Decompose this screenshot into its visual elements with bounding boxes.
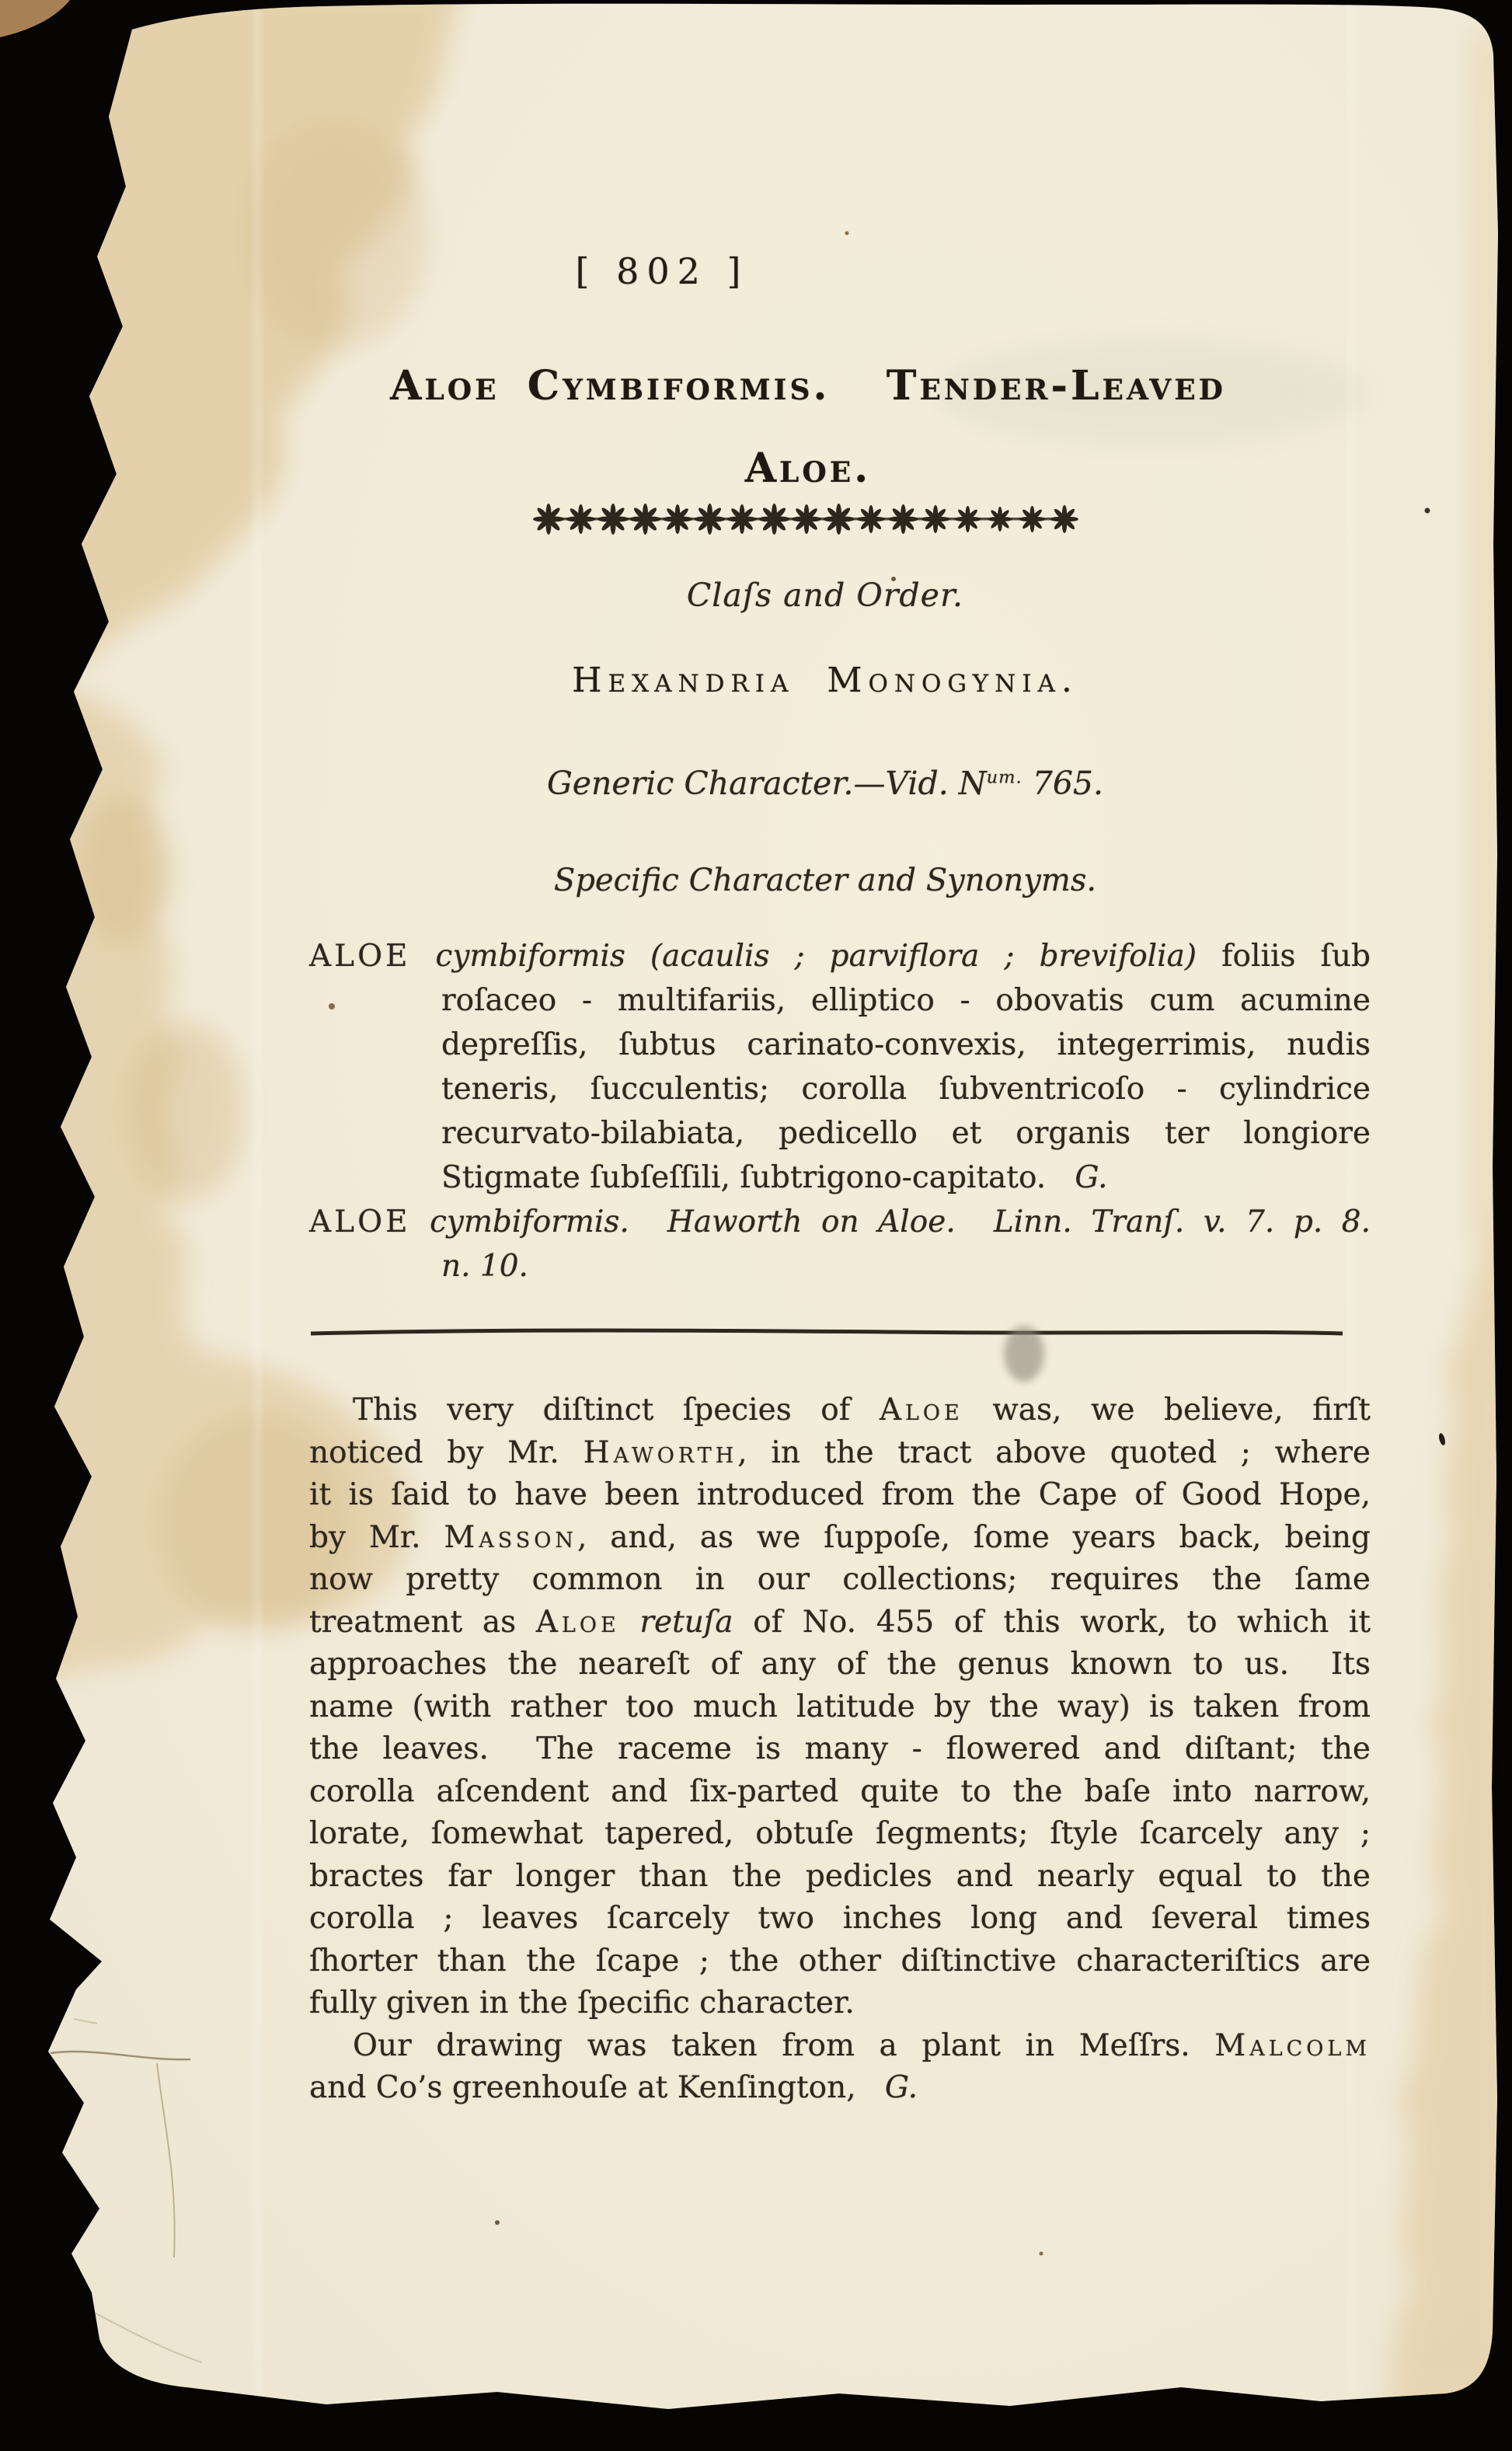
stain-right-edge <box>1468 31 1512 1243</box>
speck <box>495 2220 500 2225</box>
text-line: teneris, ſucculentis; corolla ſubventric… <box>309 1067 1371 1111</box>
speck <box>1040 2252 1043 2256</box>
text-line: Our drawing was taken from a plant in Me… <box>309 2025 1371 2068</box>
printer-flower-icon <box>955 506 981 532</box>
text-line: ſhorter than the ſcape ; the other diſti… <box>309 1940 1371 1983</box>
text-line: roſaceo - multifariis, elliptico - obova… <box>309 978 1371 1023</box>
generic-superscript: um. <box>987 767 1023 787</box>
generic-character-heading: Generic Character.—Vid. Num. 765. <box>547 765 1103 802</box>
text-line: bractes far longer than the pedicles and… <box>309 1856 1371 1898</box>
title-line-2: Aloe. <box>390 427 1226 510</box>
text-line: noticed by Mr. Haworth, in the tract abo… <box>309 1432 1371 1475</box>
text-line: corolla aſcendent and ſix-parted quite t… <box>309 1771 1371 1814</box>
text-line: lorate, ſomewhat tapered, obtuſe ſegment… <box>309 1813 1371 1856</box>
text-line: depreſſis, ſubtus carinato-convexis, int… <box>309 1023 1371 1067</box>
printer-flower-icon <box>1019 506 1046 532</box>
scan-streak <box>255 0 260 2451</box>
stain-spot <box>128 1022 245 1201</box>
text-line: corolla ; leaves ſcarcely two inches lon… <box>309 1898 1371 1940</box>
text-line: name (with rather too much latitude by t… <box>309 1686 1371 1729</box>
title-line-1: Aloe Cymbiformis. Tender-Leaved <box>390 345 1226 427</box>
class-order-heading: Claſs and Order. <box>687 577 963 614</box>
text-line: it is ſaid to have been introduced from … <box>309 1474 1371 1517</box>
printer-flower-icon <box>988 507 1012 532</box>
text-line: now pretty common in our collections; re… <box>309 1559 1371 1602</box>
generic-prefix: Generic Character.—Vid. N <box>547 765 987 802</box>
synonymy-block: ALOE cymbiformis (acaulis ; parviflora ;… <box>309 934 1371 1288</box>
body-paragraph: This very diſtinct ſpecies of Aloe was, … <box>309 1389 1371 2110</box>
page-title: Aloe Cymbiformis. Tender-Leaved Aloe. <box>390 345 1226 510</box>
ornament-dash <box>979 518 988 521</box>
scanned-book-page: [ 802 ] Aloe Cymbiformis. Tender-Leaved … <box>0 0 1512 2451</box>
text-line: ALOE cymbiformis (acaulis ; parviflora ;… <box>309 934 1371 978</box>
text-line: fully given in the ſpecific character. <box>309 1982 1371 2025</box>
specific-character-heading: Specific Character and Synonyms. <box>554 863 1096 898</box>
text-line: n. 10. <box>309 1244 1371 1288</box>
speck <box>845 232 849 235</box>
text-line: the leaves. The raceme is many - flowere… <box>309 1728 1371 1771</box>
text-line: Stigmate ſubſeſſili, ſubtrigono-capitato… <box>309 1156 1371 1200</box>
text-line: and Co’s greenhouſe at Kenſington, G. <box>309 2067 1371 2110</box>
page-curl-scrap <box>0 0 70 37</box>
text-line: by Mr. Masson, and, as we ſuppoſe, ſome … <box>309 1517 1371 1560</box>
gray-smudge <box>1004 1326 1044 1382</box>
stain-spot <box>78 797 171 944</box>
text-line: This very diſtinct ſpecies of Aloe was, … <box>309 1389 1371 1432</box>
text-line: approaches the neareſt of any of the gen… <box>309 1644 1371 1686</box>
speck <box>1425 508 1430 514</box>
page-number: [ 802 ] <box>576 250 749 292</box>
class-order-value: Hexandria Monogynia. <box>572 661 1078 700</box>
text-line: recurvato-bilabiata, pedicello et organi… <box>309 1111 1371 1156</box>
text-line: treatment as Aloe retuſa of No. 455 of t… <box>309 1602 1371 1644</box>
generic-suffix: 765. <box>1023 765 1103 802</box>
stain-spot <box>241 117 427 350</box>
text-line: ALOE cymbiformis. Haworth on Aloe. Linn.… <box>309 1200 1371 1244</box>
